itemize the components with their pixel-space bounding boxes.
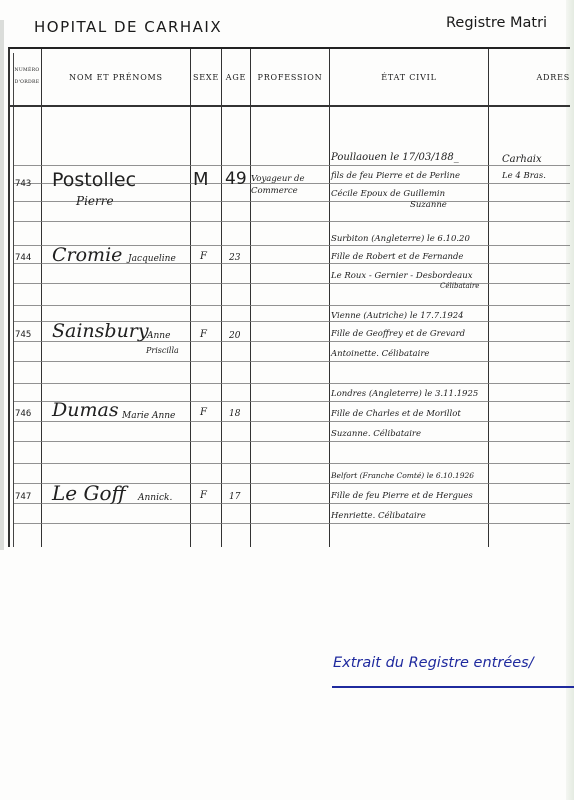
entry-civil-line2: Fille de Geoffrey et de Grevard [331, 329, 465, 339]
hospital-title: HOPITAL DE CARHAIX [34, 18, 222, 36]
entry-civil-line4: Suzanne [410, 200, 447, 210]
register-title: Registre Matri [446, 15, 547, 31]
extract-note: Extrait du Registre entrées/ [333, 655, 534, 671]
entry-given-name: Marie Anne [122, 411, 175, 421]
entry-sex: F [200, 407, 207, 418]
entry-age: 20 [229, 331, 240, 341]
entry-civil-line2: Fille de feu Pierre et de Hergues [331, 491, 473, 501]
header-numero-line2: D'ORDRE [15, 77, 40, 89]
entry-civil-line3: Cécile Epoux de Guillemin [331, 189, 445, 199]
header-nom: NOM ET PRÉNOMS [42, 49, 190, 105]
table-inner-border [13, 53, 14, 547]
entry-civil-line3: Henriette. Célibataire [331, 511, 426, 521]
register-table: NUMÉRO D'ORDRE NOM ET PRÉNOMS SEXE AGE P… [8, 47, 570, 547]
entry-surname: Postollec [52, 169, 136, 191]
header-profession: PROFESSION [251, 49, 329, 105]
col-divider [221, 49, 222, 547]
entry-civil-line1: Londres (Angleterre) le 3.11.1925 [331, 389, 478, 399]
entry-surname: Dumas [52, 399, 119, 421]
entry-number: 747 [15, 492, 31, 502]
col-divider [250, 49, 251, 547]
header-numero-line1: NUMÉRO [15, 65, 40, 77]
header-numero: NUMÉRO D'ORDRE [13, 49, 41, 105]
ruled-line [14, 383, 570, 384]
entry-civil-line2: fils de feu Pierre et de Perline [331, 171, 460, 181]
extract-note-underline [332, 686, 574, 688]
header-etat-civil: ÉTAT CIVIL [330, 49, 488, 105]
entry-number: 746 [15, 409, 31, 419]
entry-age: 17 [229, 492, 240, 502]
ruled-line [14, 523, 570, 524]
entry-surname: Cromie [52, 244, 122, 266]
entry-address-line1: Carhaix [502, 154, 542, 165]
entry-civil-line2: Fille de Charles et de Morillot [331, 409, 461, 419]
entry-given-name-2: Priscilla [146, 346, 179, 355]
entry-address-line2: Le 4 Bras. [502, 171, 546, 181]
entry-profession-line1: Voyageur de [251, 174, 305, 184]
entry-surname: Sainsbury [52, 320, 149, 342]
entry-sex: F [200, 251, 207, 262]
ruled-line [14, 421, 570, 422]
entry-civil-line2: Fille de Robert et de Fernande [331, 252, 463, 262]
entry-civil-line3: Le Roux - Gernier - Desbordeaux [331, 271, 473, 281]
ruled-line [14, 221, 570, 222]
entry-number: 745 [15, 330, 31, 340]
ruled-line [14, 283, 570, 284]
ruled-line [14, 305, 570, 306]
header-age: AGE [222, 49, 250, 105]
ruled-line [14, 165, 570, 166]
entry-sex: M [193, 169, 209, 190]
entry-sex: F [200, 329, 207, 340]
entry-profession-line2: Commerce [251, 186, 298, 196]
entry-age: 18 [229, 409, 240, 419]
entry-number: 743 [15, 179, 31, 189]
entry-surname: Le Goff [52, 481, 126, 505]
entry-given-name: Pierre [76, 194, 114, 208]
page-left-edge [0, 20, 4, 550]
ruled-line [14, 463, 570, 464]
entry-sex: F [200, 490, 207, 501]
entry-number: 744 [15, 253, 31, 263]
entry-civil-line1: Belfort (Franche Comté) le 6.10.1926 [331, 471, 474, 480]
ruled-line [14, 441, 570, 442]
entry-civil-line3: Suzanne. Célibataire [331, 429, 421, 439]
entry-civil-line1: Surbiton (Angleterre) le 6.10.20 [331, 234, 470, 244]
col-divider [488, 49, 489, 547]
entry-civil-line1: Poullaouen le 17/03/188_ [331, 152, 459, 163]
entry-civil-line3: Antoinette. Célibataire [331, 349, 429, 359]
entry-given-name: Annick. [138, 493, 172, 503]
header-sexe: SEXE [191, 49, 221, 105]
ruled-line [14, 361, 570, 362]
entry-age: 23 [229, 253, 240, 263]
header-adresse: ADRES [489, 49, 570, 105]
header-divider [10, 105, 570, 107]
col-divider [41, 49, 42, 547]
entry-given-name: Anne [147, 331, 170, 341]
entry-age: 49 [225, 169, 247, 189]
entry-civil-line1: Vienne (Autriche) le 17.7.1924 [331, 311, 464, 321]
entry-civil-line4: Célibataire [440, 282, 479, 290]
col-divider [190, 49, 191, 547]
entry-given-name: Jacqueline [128, 254, 176, 264]
